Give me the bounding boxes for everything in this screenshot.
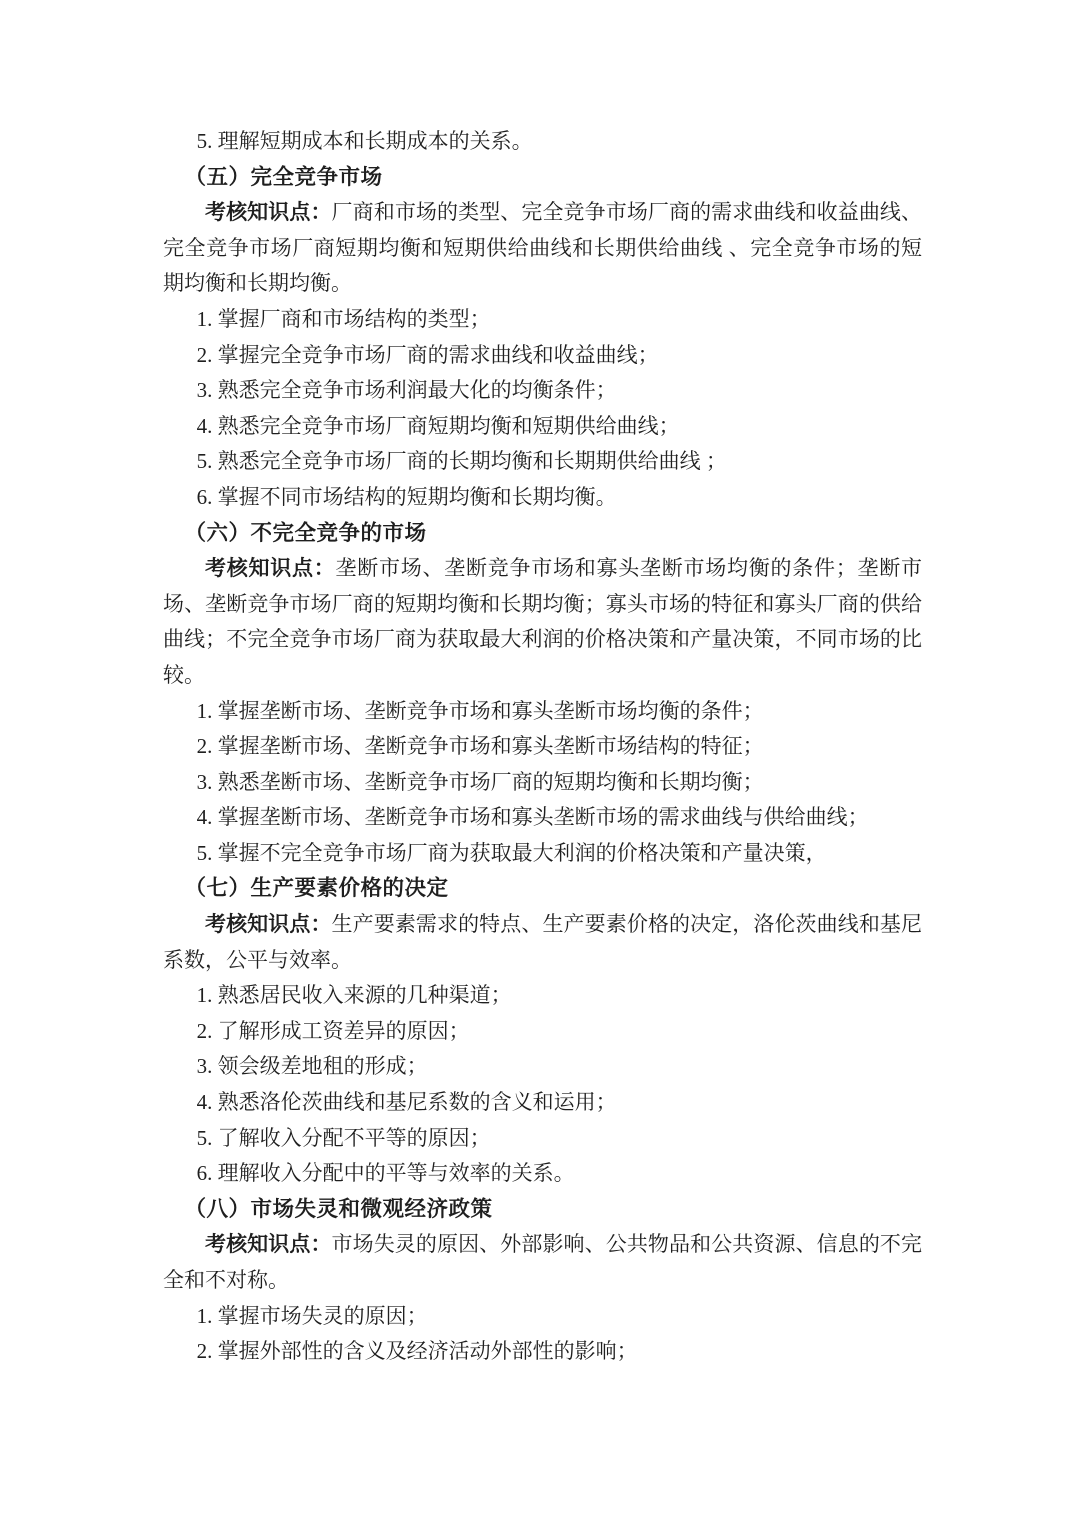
section-heading: （八）市场失灵和微观经济政策 [163, 1192, 922, 1228]
list-item: 2. 掌握完全竞争市场厂商的需求曲线和收益曲线； [163, 338, 922, 374]
list-item: 4. 熟悉完全竞争市场厂商短期均衡和短期供给曲线； [163, 409, 922, 445]
list-item: 1. 熟悉居民收入来源的几种渠道； [163, 978, 922, 1014]
knowledge-points-paragraph: 考核知识点：垄断市场、垄断竞争市场和寡头垄断市场均衡的条件；垄断市场、垄断竞争市… [163, 551, 922, 693]
section-perfect-competition: （五）完全竞争市场 考核知识点：厂商和市场的类型、完全竞争市场厂商的需求曲线和收… [163, 160, 922, 516]
list-item: 5. 了解收入分配不平等的原因； [163, 1121, 922, 1157]
knowledge-points-paragraph: 考核知识点：生产要素需求的特点、生产要素价格的决定，洛伦茨曲线和基尼系数，公平与… [163, 907, 922, 978]
list-item: 2. 了解形成工资差异的原因； [163, 1014, 922, 1050]
knowledge-points-paragraph: 考核知识点：市场失灵的原因、外部影响、公共物品和公共资源、信息的不完全和不对称。 [163, 1227, 922, 1298]
list-item: 1. 掌握市场失灵的原因； [163, 1299, 922, 1335]
knowledge-points-paragraph: 考核知识点：厂商和市场的类型、完全竞争市场厂商的需求曲线和收益曲线、完全竞争市场… [163, 195, 922, 302]
section-heading: （五）完全竞争市场 [163, 160, 922, 196]
list-item: 1. 掌握厂商和市场结构的类型； [163, 302, 922, 338]
list-item: 5. 掌握不完全竞争市场厂商为获取最大利润的价格决策和产量决策， [163, 836, 922, 872]
section-imperfect-competition: （六）不完全竞争的市场 考核知识点：垄断市场、垄断竞争市场和寡头垄断市场均衡的条… [163, 516, 922, 872]
section-heading: （六）不完全竞争的市场 [163, 516, 922, 552]
list-item: 3. 领会级差地租的形成； [163, 1049, 922, 1085]
knowledge-points-label: 考核知识点： [205, 913, 332, 936]
list-item: 5. 理解短期成本和长期成本的关系。 [163, 124, 922, 160]
list-item: 4. 掌握垄断市场、垄断竞争市场和寡头垄断市场的需求曲线与供给曲线； [163, 800, 922, 836]
section-heading: （七）生产要素价格的决定 [163, 871, 922, 907]
list-item: 6. 掌握不同市场结构的短期均衡和长期均衡。 [163, 480, 922, 516]
document-page: 5. 理解短期成本和长期成本的关系。 （五）完全竞争市场 考核知识点：厂商和市场… [0, 0, 1080, 1528]
list-item: 4. 熟悉洛伦茨曲线和基尼系数的含义和运用； [163, 1085, 922, 1121]
list-item: 5. 熟悉完全竞争市场厂商的长期均衡和长期期供给曲线 ； [163, 444, 922, 480]
list-item: 1. 掌握垄断市场、垄断竞争市场和寡头垄断市场均衡的条件； [163, 694, 922, 730]
knowledge-points-label: 考核知识点： [205, 201, 332, 224]
list-item: 2. 掌握垄断市场、垄断竞争市场和寡头垄断市场结构的特征； [163, 729, 922, 765]
list-item: 6. 理解收入分配中的平等与效率的关系。 [163, 1156, 922, 1192]
list-item: 2. 掌握外部性的含义及经济活动外部性的影响； [163, 1334, 922, 1370]
section-market-failure: （八）市场失灵和微观经济政策 考核知识点：市场失灵的原因、外部影响、公共物品和公… [163, 1192, 922, 1370]
list-item: 3. 熟悉垄断市场、垄断竞争市场厂商的短期均衡和长期均衡； [163, 765, 922, 801]
knowledge-points-label: 考核知识点： [205, 557, 336, 580]
list-item: 3. 熟悉完全竞争市场利润最大化的均衡条件； [163, 373, 922, 409]
section-factor-prices: （七）生产要素价格的决定 考核知识点：生产要素需求的特点、生产要素价格的决定，洛… [163, 871, 922, 1191]
knowledge-points-label: 考核知识点： [205, 1233, 332, 1256]
